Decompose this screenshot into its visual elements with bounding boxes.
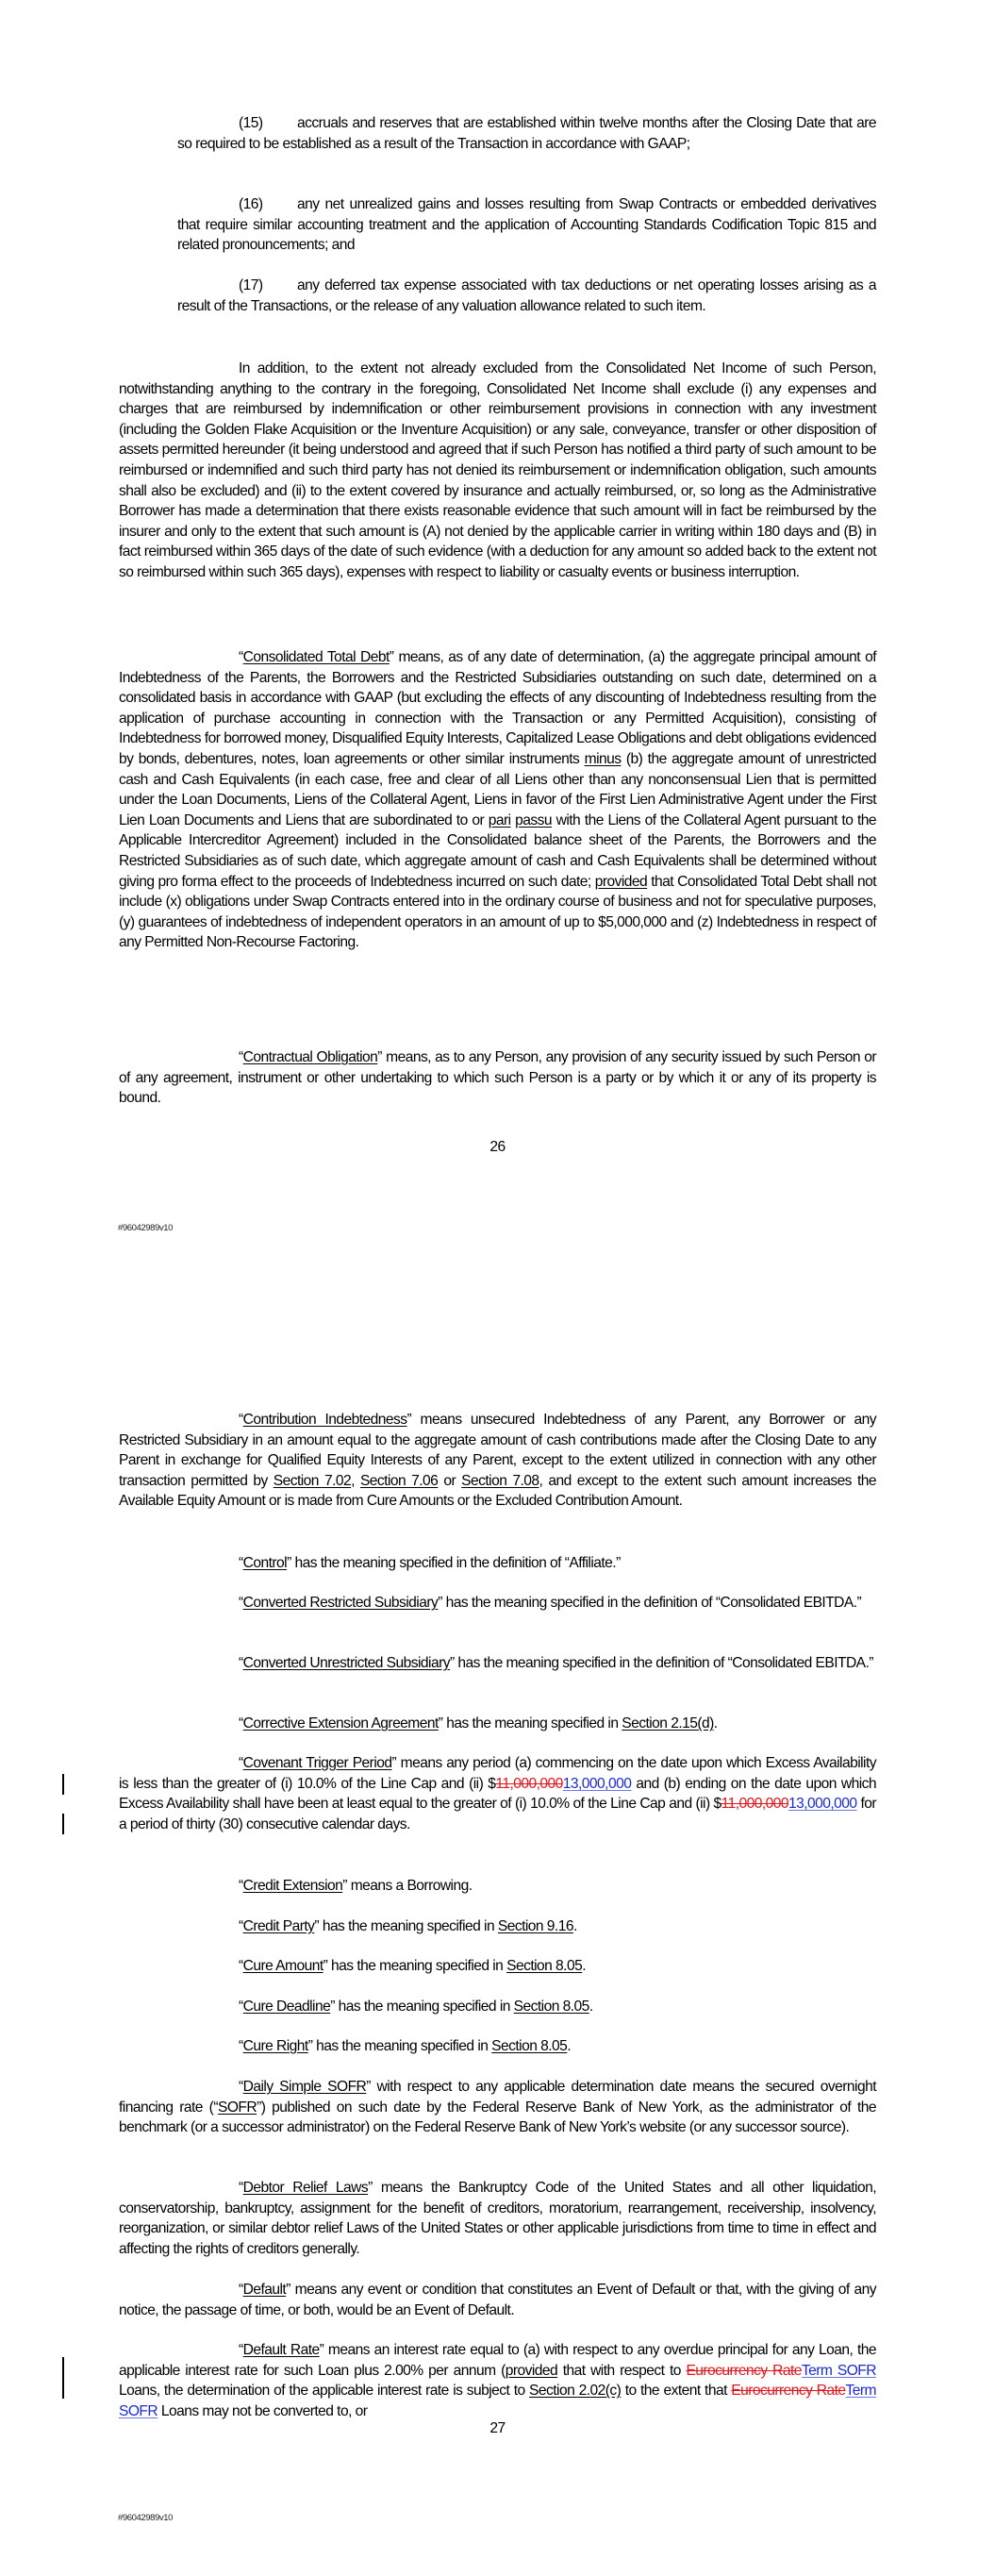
defined-term: Corrective Extension Agreement: [243, 1715, 439, 1731]
section-reference[interactable]: Section 8.05: [514, 1999, 589, 2015]
definition-default-rate: “Default Rate” means an interest rate eq…: [119, 2340, 876, 2421]
definition-covenant-trigger-period: “Covenant Trigger Period” means any peri…: [119, 1753, 876, 1834]
section-reference[interactable]: Section 8.05: [506, 1958, 582, 1974]
definition-debtor-relief-laws: “Debtor Relief Laws” means the Bankruptc…: [119, 2178, 876, 2259]
definition-converted-restricted-subsidiary: “Converted Restricted Subsidiary” has th…: [119, 1593, 876, 1614]
clause-label: (16): [239, 194, 297, 215]
page-number: 26: [0, 1137, 995, 1158]
definition-contractual-obligation: “Contractual Obligation” means, as to an…: [119, 1047, 876, 1109]
clause-15: (15)accruals and reserves that are estab…: [177, 113, 876, 154]
defined-term: Cure Amount: [243, 1958, 323, 1974]
revision-bar: [62, 1774, 64, 1795]
inserted-text: 13,000,000: [788, 1796, 857, 1812]
page-number: 27: [0, 2418, 995, 2439]
section-reference[interactable]: Section 2.15(d): [622, 1715, 714, 1731]
definition-consolidated-total-debt: “Consolidated Total Debt” means, as of a…: [119, 647, 876, 953]
document-id: #96042989v10: [118, 2508, 173, 2529]
definition-cure-right: “Cure Right” has the meaning specified i…: [119, 2036, 876, 2057]
defined-term: Contribution Indebtedness: [243, 1412, 407, 1428]
deleted-text: Eurocurrency Rate: [686, 2363, 801, 2379]
clause-17: (17)any deferred tax expense associated …: [177, 276, 876, 316]
definition-cure-deadline: “Cure Deadline” has the meaning specifie…: [119, 1997, 876, 2017]
defined-term: Converted Unrestricted Subsidiary: [243, 1655, 450, 1671]
definition-credit-extension: “Credit Extension” means a Borrowing.: [119, 1876, 876, 1897]
clause-label: (17): [239, 276, 297, 296]
document-id: #96042989v10: [118, 1218, 173, 1239]
clause-16: (16)any net unrealized gains and losses …: [177, 194, 876, 256]
defined-term: Credit Extension: [243, 1878, 343, 1894]
deleted-text: 11,000,000: [721, 1796, 788, 1812]
defined-term: Daily Simple SOFR: [243, 2079, 367, 2095]
defined-term: Default: [243, 2282, 287, 2298]
revision-bar: [62, 2357, 64, 2399]
in-addition-paragraph: In addition, to the extent not already e…: [119, 359, 876, 583]
section-reference[interactable]: Section 8.05: [491, 2038, 567, 2054]
defined-term: SOFR: [218, 2099, 257, 2116]
inserted-text: 13,000,000: [563, 1776, 632, 1792]
defined-term: Covenant Trigger Period: [243, 1755, 392, 1771]
definition-default: “Default” means any event or condition t…: [119, 2280, 876, 2320]
defined-term: Cure Deadline: [243, 1999, 331, 2015]
definition-control: “Control” has the meaning specified in t…: [119, 1553, 876, 1574]
defined-term: Credit Party: [243, 1918, 315, 1934]
deleted-text: Eurocurrency Rate: [731, 2383, 845, 2399]
definition-corrective-extension-agreement: “Corrective Extension Agreement” has the…: [119, 1714, 876, 1734]
defined-term: Default Rate: [243, 2342, 320, 2358]
defined-term: Converted Restricted Subsidiary: [243, 1595, 439, 1611]
section-reference[interactable]: Section 9.16: [498, 1918, 573, 1934]
definition-credit-party: “Credit Party” has the meaning specified…: [119, 1916, 876, 1937]
defined-term: Contractual Obligation: [243, 1049, 378, 1065]
section-reference[interactable]: Section 2.02(c): [529, 2383, 621, 2399]
definition-daily-simple-sofr: “Daily Simple SOFR” with respect to any …: [119, 2077, 876, 2138]
section-reference[interactable]: Section 7.06: [360, 1473, 438, 1489]
definition-converted-unrestricted-subsidiary: “Converted Unrestricted Subsidiary” has …: [119, 1653, 876, 1674]
defined-term: Consolidated Total Debt: [243, 649, 390, 665]
definition-cure-amount: “Cure Amount” has the meaning specified …: [119, 1956, 876, 1977]
clause-label: (15): [239, 113, 297, 134]
defined-term: Debtor Relief Laws: [243, 2180, 368, 2196]
deleted-text: 11,000,000: [495, 1776, 562, 1792]
definition-contribution-indebtedness: “Contribution Indebtedness” means unsecu…: [119, 1410, 876, 1512]
section-reference[interactable]: Section 7.02: [274, 1473, 351, 1489]
defined-term: Cure Right: [243, 2038, 308, 2054]
defined-term: Control: [243, 1555, 287, 1571]
section-reference[interactable]: Section 7.08: [461, 1473, 539, 1489]
revision-bar: [62, 1814, 64, 1834]
inserted-text: Term SOFR: [802, 2363, 876, 2379]
